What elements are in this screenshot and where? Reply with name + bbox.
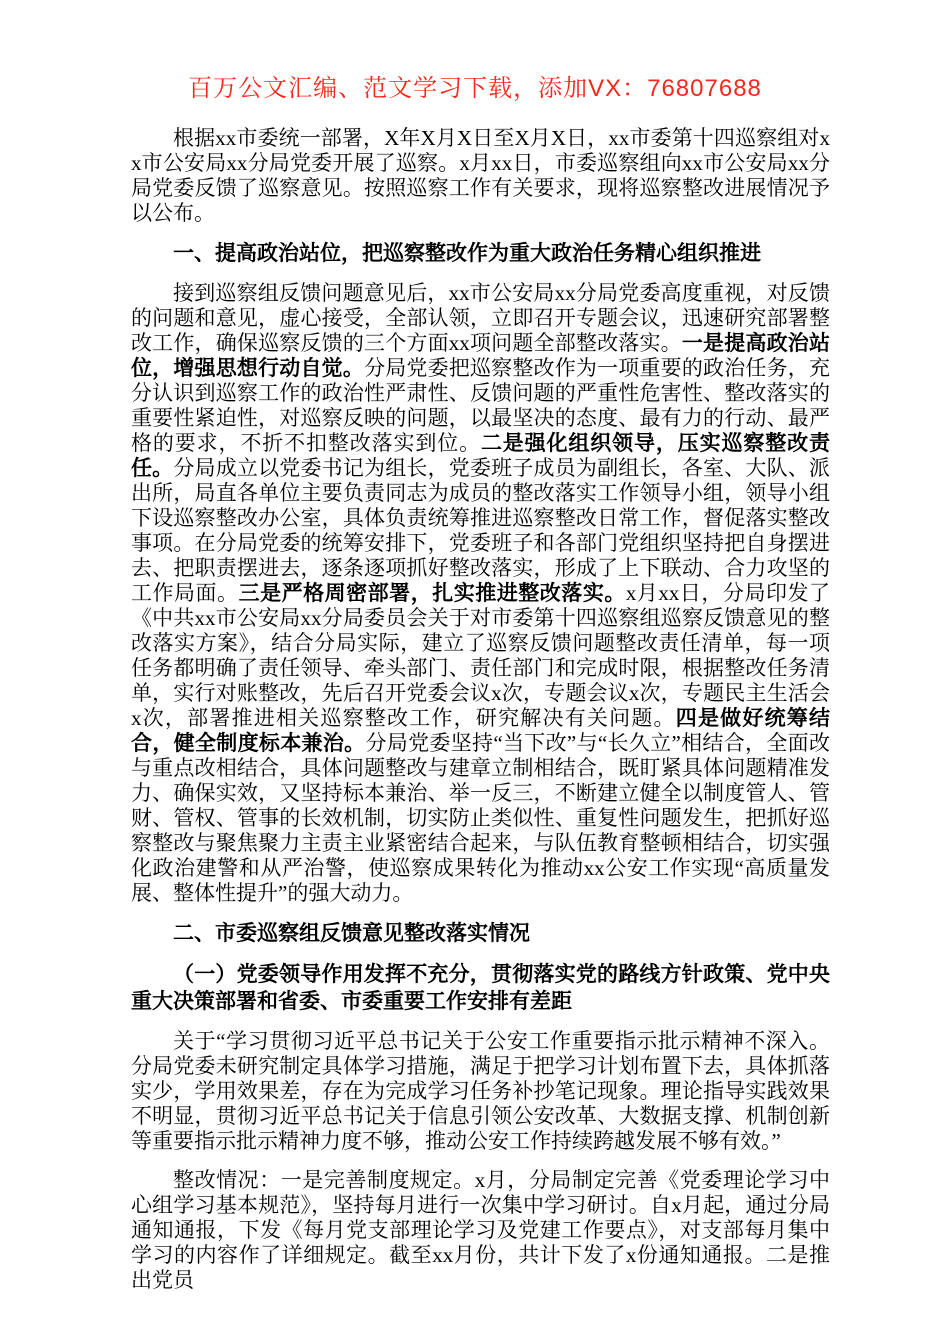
heading-section-2: 二、市委巡察组反馈意见整改落实情况 [131, 920, 830, 947]
document-body: 根据xx市委统一部署，X年X月X日至X月X日，xx市委第十四巡察组对xx市公安局… [131, 126, 830, 1307]
paragraph-intro: 根据xx市委统一部署，X年X月X日至X月X日，xx市委第十四巡察组对xx市公安局… [131, 126, 830, 226]
promo-header-text: 百万公文汇编、范文学习下载，添加VX：76807688 [0, 68, 950, 103]
text-run: 分局党委坚持“当下改”与“长久立”相结合，全面改与重点改相结合，具体问题整改与建… [131, 731, 830, 905]
heading-section-1: 一、提高政治站位，把巡察整改作为重大政治任务精心组织推进 [131, 240, 830, 267]
paragraph-rectification-status: 整改情况：一是完善制度规定。x月，分局制定完善《党委理论学习中心组学习基本规范》… [131, 1168, 830, 1293]
paragraph-feedback-issue: 关于“学习贯彻习近平总书记关于公安工作重要指示批示精神不深入。分局党委未研究制定… [131, 1029, 830, 1154]
heading-section-2-1: （一）党委领导作用发挥不充分，贯彻落实党的路线方针政策、党中央重大决策部署和省委… [131, 961, 830, 1015]
paragraph-measures: 接到巡察组反馈问题意见后，xx市公安局xx分局党委高度重视，对反馈的问题和意见，… [131, 281, 830, 906]
text-run-bold-3: 三是严格周密部署，扎实推进整改落实。 [239, 582, 626, 605]
document-page: { "header": { "promo_text": "百万公文汇编、范文学习… [0, 0, 950, 1344]
